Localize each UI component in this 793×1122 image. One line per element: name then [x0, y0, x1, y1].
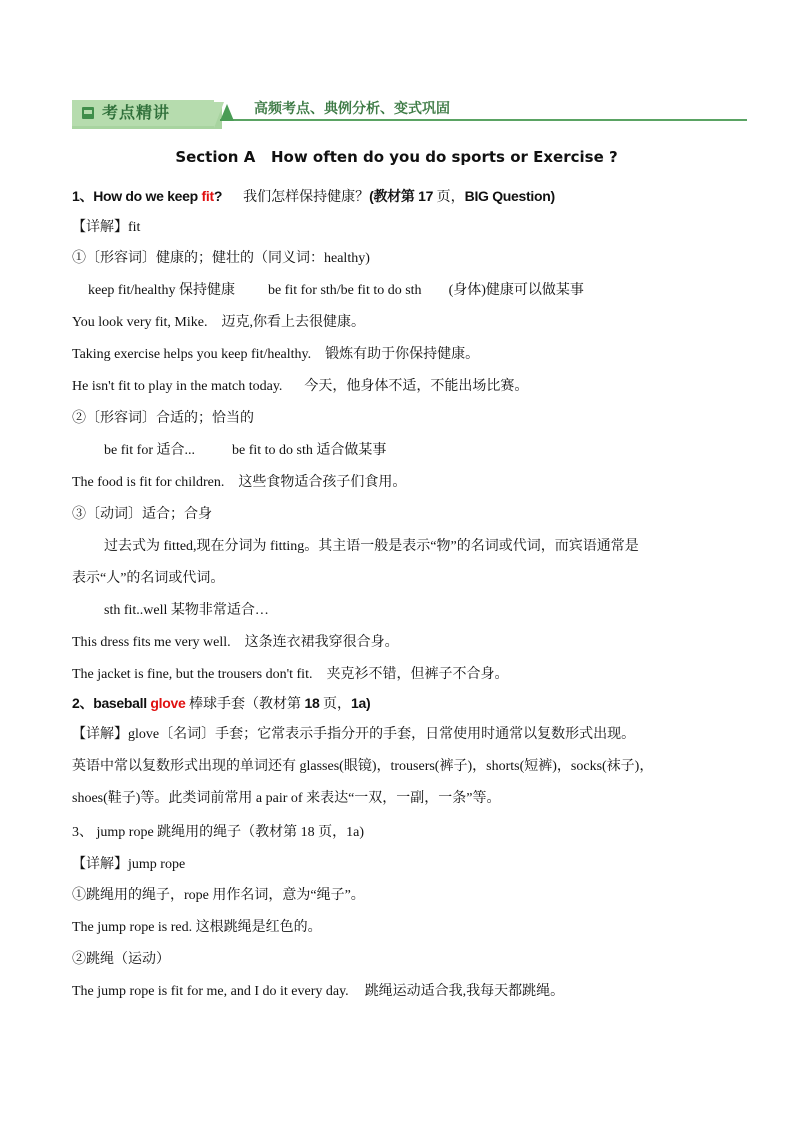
phrase-be-fit-for: be fit for sth/be fit to do sth	[268, 283, 422, 298]
example-zh: 跳绳运动适合我,我每天都跳绳。	[365, 984, 565, 999]
example-zh: 这些食物适合孩子们食用。	[238, 475, 406, 490]
example-en: He isn't fit to play in the match today.	[72, 379, 282, 394]
detail-label: 【详解】	[72, 220, 128, 235]
item1-ref-tag: BIG Question)	[465, 188, 555, 204]
item2-detail-1: 【详解】glove〔名词〕手套；它常表示手指分开的手套，日常使用时通常以复数形式…	[72, 725, 635, 745]
item1-detail: 【详解】fit	[72, 218, 140, 238]
item1-sense1: ①〔形容词〕健康的；健壮的（同义词：healthy)	[72, 249, 370, 269]
item1-sense3: ③〔动词〕适合；合身	[72, 505, 212, 525]
phrase-meaning: (身体)健康可以做某事	[449, 283, 584, 298]
item3-heading: 3、 jump rope 跳绳用的绳子（教材第 18 页，1a)	[72, 823, 364, 843]
example-zh: 锻炼有助于你保持健康。	[325, 347, 479, 362]
item1-prefix: How do we keep	[93, 188, 201, 204]
example-1: You look very fit, Mike.迈克,你看上去很健康。	[72, 313, 365, 333]
item3-sense1: ①跳绳用的绳子，rope 用作名词，意为“绳子”。	[72, 886, 365, 906]
example-6: The jacket is fine, but the trousers don…	[72, 665, 508, 685]
item1-number: 1、	[72, 188, 93, 204]
item1-heading: 1、How do we keep fit? 我们怎样保持健康？(教材第 17 页…	[72, 186, 555, 208]
item2-ref-page: 18	[304, 695, 319, 711]
header-underline	[220, 119, 747, 121]
example-zh: 今天，他身体不适，不能出场比赛。	[304, 379, 528, 394]
item1-sense3-note-cont: 表示“人”的名词或代词。	[72, 569, 224, 589]
example-en: You look very fit, Mike.	[72, 315, 207, 330]
example-en: The jump rope is fit for me, and I do it…	[72, 984, 349, 999]
item2-ref-tag: 1a)	[351, 695, 370, 711]
phrase-be-fit-for: be fit for 适合...	[104, 443, 195, 458]
item3-example-2: The jump rope is fit for me, and I do it…	[72, 982, 564, 1002]
item2-number: 2、	[72, 695, 93, 711]
item1-highlight: fit	[202, 188, 214, 204]
item2-detail-2: 英语中常以复数形式出现的单词还有 glasses(眼镜)，trousers(裤子…	[72, 757, 653, 777]
detail-word: fit	[128, 220, 140, 235]
phrase-be-fit-to: be fit to do sth 适合做某事	[232, 443, 386, 458]
item1-ref-page: 17	[418, 188, 433, 204]
section-header-banner: 考点精讲 高频考点、典例分析、变式巩固	[72, 100, 747, 130]
book-icon	[82, 107, 94, 119]
item2-heading: 2、baseball glove 棒球手套（教材第 18 页，1a)	[72, 693, 370, 715]
example-3: He isn't fit to play in the match today.…	[72, 377, 528, 397]
item3-sense2: ②跳绳（运动）	[72, 950, 170, 970]
item3-detail: 【详解】jump rope	[72, 855, 185, 875]
example-en: The food is fit for children.	[72, 475, 224, 490]
example-en: The jacket is fine, but the trousers don…	[72, 667, 312, 682]
example-en: This dress fits me very well.	[72, 635, 231, 650]
example-zh: 夹克衫不错，但裤子不合身。	[326, 667, 508, 682]
item1-chinese: 我们怎样保持健康？	[243, 190, 369, 205]
example-zh: 迈克,你看上去很健康。	[221, 315, 365, 330]
item2-chinese: 棒球手套（教材第	[185, 697, 304, 712]
item3-example-1: The jump rope is red. 这根跳绳是红色的。	[72, 918, 322, 938]
item2-prefix: baseball	[93, 695, 150, 711]
item1-sense3-phrase: sth fit..well 某物非常适合…	[104, 601, 269, 621]
example-zh: 这条连衣裙我穿很合身。	[245, 635, 399, 650]
item1-sense1-phrases: keep fit/healthy 保持健康 be fit for sth/be …	[88, 281, 584, 301]
item1-sense2: ②〔形容词〕合适的；恰当的	[72, 409, 254, 429]
section-title: Section A How often do you do sports or …	[0, 148, 793, 166]
header-title: 考点精讲	[102, 102, 170, 124]
example-5: This dress fits me very well.这条连衣裙我穿很合身。	[72, 633, 399, 653]
item1-suffix: ?	[214, 188, 222, 204]
item1-sense2-phrases: be fit for 适合... be fit to do sth 适合做某事	[104, 441, 386, 461]
example-2: Taking exercise helps you keep fit/healt…	[72, 345, 479, 365]
item2-highlight: glove	[150, 695, 185, 711]
example-en: Taking exercise helps you keep fit/healt…	[72, 347, 311, 362]
header-subtitle: 高频考点、典例分析、变式巩固	[254, 100, 450, 118]
triangle-icon	[220, 104, 234, 121]
example-4: The food is fit for children.这些食物适合孩子们食用…	[72, 473, 406, 493]
phrase-keep-fit: keep fit/healthy 保持健康	[88, 283, 235, 298]
item1-ref-open: (教材第	[369, 188, 418, 204]
item2-ref-mid: 页，	[319, 697, 351, 712]
item1-sense3-note: 过去式为 fitted,现在分词为 fitting。其主语一般是表示“物”的名词…	[104, 537, 639, 557]
item2-detail-3: shoes(鞋子)等。此类词前常用 a pair of 来表达“一双，一副，一条…	[72, 789, 501, 809]
item1-ref-mid: 页，	[433, 190, 465, 205]
